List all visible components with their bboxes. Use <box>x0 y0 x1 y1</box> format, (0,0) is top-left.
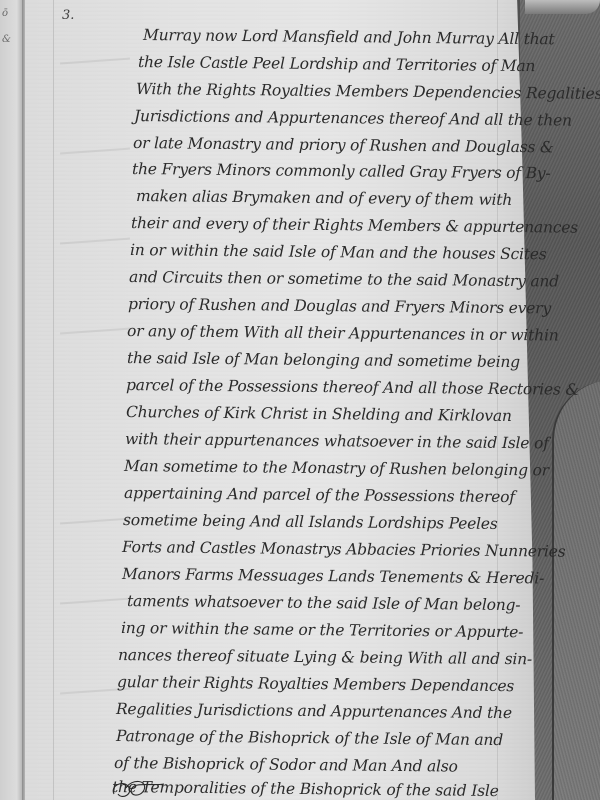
handwritten-text: Murray now Lord Mansfield and John Murra… <box>0 0 600 800</box>
text-line: appertaining And parcel of the Possessio… <box>124 484 515 506</box>
text-line: Churches of Kirk Christ in Shelding and … <box>126 403 512 425</box>
text-line: Forts and Castles Monastrys Abbacies Pri… <box>122 538 566 561</box>
text-line: the Temporalities of the Bishoprick of t… <box>112 778 499 800</box>
text-line: and Circuits then or sometime to the sai… <box>129 268 559 291</box>
text-line: Jurisdictions and Appurtenances thereof … <box>134 107 572 130</box>
text-line: Manors Farms Messuages Lands Tenements &… <box>122 565 544 587</box>
text-line: Regalities Jurisdictions and Appurtenanc… <box>116 700 512 722</box>
text-line: sometime being And all Islands Lordships… <box>123 511 498 533</box>
end-flourish-icon <box>108 772 168 800</box>
text-line: with their appurtenances whatsoever in t… <box>125 430 549 452</box>
text-line: taments whatsoever to the said Isle of M… <box>127 592 521 614</box>
text-line: the Fryers Minors commonly called Gray F… <box>132 160 551 182</box>
text-line: the said Isle of Man belonging and somet… <box>127 349 520 371</box>
text-line: priory of Rushen and Douglas and Fryers … <box>128 295 551 317</box>
text-line: gular their Rights Royalties Members Dep… <box>117 673 514 695</box>
text-line: Murray now Lord Mansfield and John Murra… <box>143 26 555 48</box>
text-line: parcel of the Possessions thereof And al… <box>126 376 579 399</box>
text-line: or any of them With all their Appurtenan… <box>127 322 559 345</box>
text-line: With the Rights Royalties Members Depend… <box>136 80 600 103</box>
text-line: maken alias Brymaken and of every of the… <box>136 187 512 209</box>
text-line: the Isle Castle Peel Lordship and Territ… <box>138 53 535 75</box>
text-line: ing or within the same or the Territorie… <box>121 619 523 641</box>
text-line: in or within the said Isle of Man and th… <box>130 241 547 263</box>
text-line: their and every of their Rights Members … <box>131 214 578 237</box>
text-line: nances thereof situate Lying & being Wit… <box>118 646 532 668</box>
text-line: Patronage of the Bishoprick of the Isle … <box>116 727 503 749</box>
document-photo: ō & 3. Murray now Lord Mansfield and Joh… <box>0 0 600 800</box>
text-line: Man sometime to the Monastry of Rushen b… <box>124 457 549 479</box>
text-line: or late Monastry and priory of Rushen an… <box>133 134 554 156</box>
